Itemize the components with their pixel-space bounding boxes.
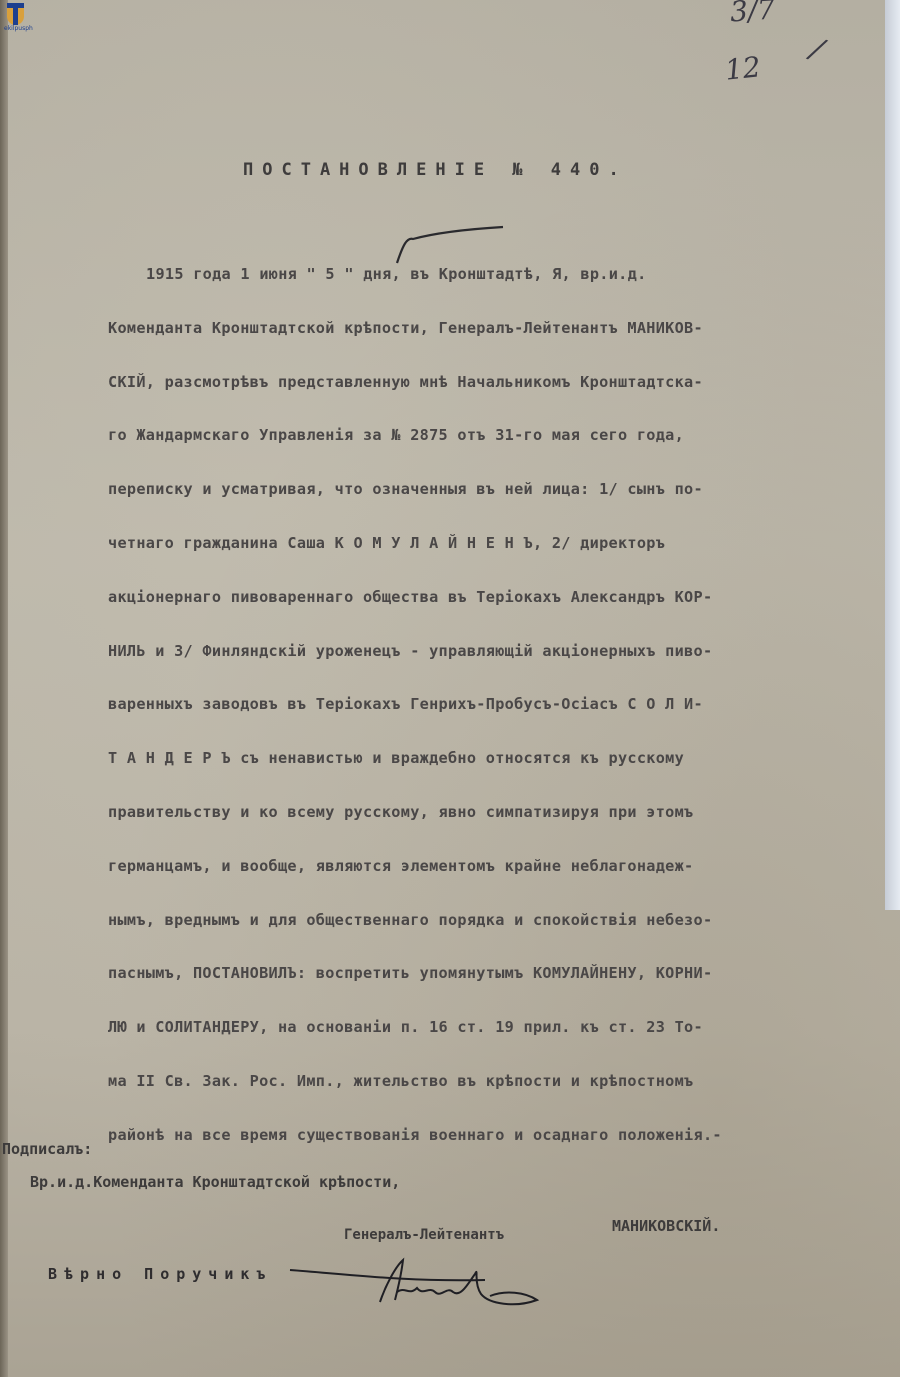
signer-name: МАНИКОВСКІЙ. <box>612 1217 720 1235</box>
body-line: германцамъ, и вообще, являются элементом… <box>108 840 868 894</box>
body-line: Т А Н Д Е Р Ъ съ ненавистью и враждебно … <box>108 732 868 786</box>
body-line: четнаго гражданина Саша К О М У Л А Й Н … <box>108 517 868 571</box>
body-line: Коменданта Кронштадтской крѣпости, Генер… <box>108 302 868 356</box>
body-line: районѣ на все время существованія военна… <box>108 1109 868 1163</box>
body-line: СКІЙ, разсмотрѣвъ представленную мнѣ Нач… <box>108 356 868 410</box>
body-line: ЛЮ и СОЛИТАНДЕРУ, на основаніи п. 16 ст.… <box>108 1001 868 1055</box>
body-line: ма II Св. Зак. Рос. Имп., жительство въ … <box>108 1055 868 1109</box>
certification-line: Вѣрно Поручикъ <box>48 1265 272 1283</box>
paper-left-edge <box>0 0 8 1377</box>
body-line: 1915 года 1 июня " 5 " дня, въ Кронштадт… <box>108 248 868 302</box>
body-line: паснымъ, ПОСТАНОВИЛЪ: воспретить упомяну… <box>108 947 868 1001</box>
watermark-logo: ekilpusph <box>2 2 32 34</box>
handwritten-page-number: 12 <box>723 50 762 87</box>
document-title: ПОСТАНОВЛЕНІЕ № 440. <box>243 160 628 180</box>
body-line: варенныхъ заводовъ въ Терiокахъ Генрихъ-… <box>108 678 868 732</box>
body-line: НИЛЬ и 3/ Финляндскій уроженецъ - управл… <box>108 625 868 679</box>
signer-role: Вр.и.д.Коменданта Кронштадтской крѣпости… <box>30 1173 400 1191</box>
background-right-strip <box>885 0 900 910</box>
signer-rank: Генералъ-Лейтенантъ <box>344 1227 504 1243</box>
body-line: го Жандармскаго Управленія за № 2875 отъ… <box>108 409 868 463</box>
body-line: переписку и усматривая, что означенныя в… <box>108 463 868 517</box>
handwritten-signature <box>285 1252 545 1312</box>
watermark-text: ekilpusph <box>4 25 33 32</box>
body-line: нымъ, вреднымъ и для общественнаго поряд… <box>108 894 868 948</box>
body-line: акціонернаго пивовареннаго общества въ Т… <box>108 571 868 625</box>
document-body: 1915 года 1 июня " 5 " дня, въ Кронштадт… <box>108 248 868 1163</box>
signed-label: Подписалъ: <box>2 1140 92 1158</box>
letter-t-stem <box>13 3 18 25</box>
body-line: правительству и ко всему русскому, явно … <box>108 786 868 840</box>
handwritten-archive-number: 3/7 <box>729 0 776 29</box>
